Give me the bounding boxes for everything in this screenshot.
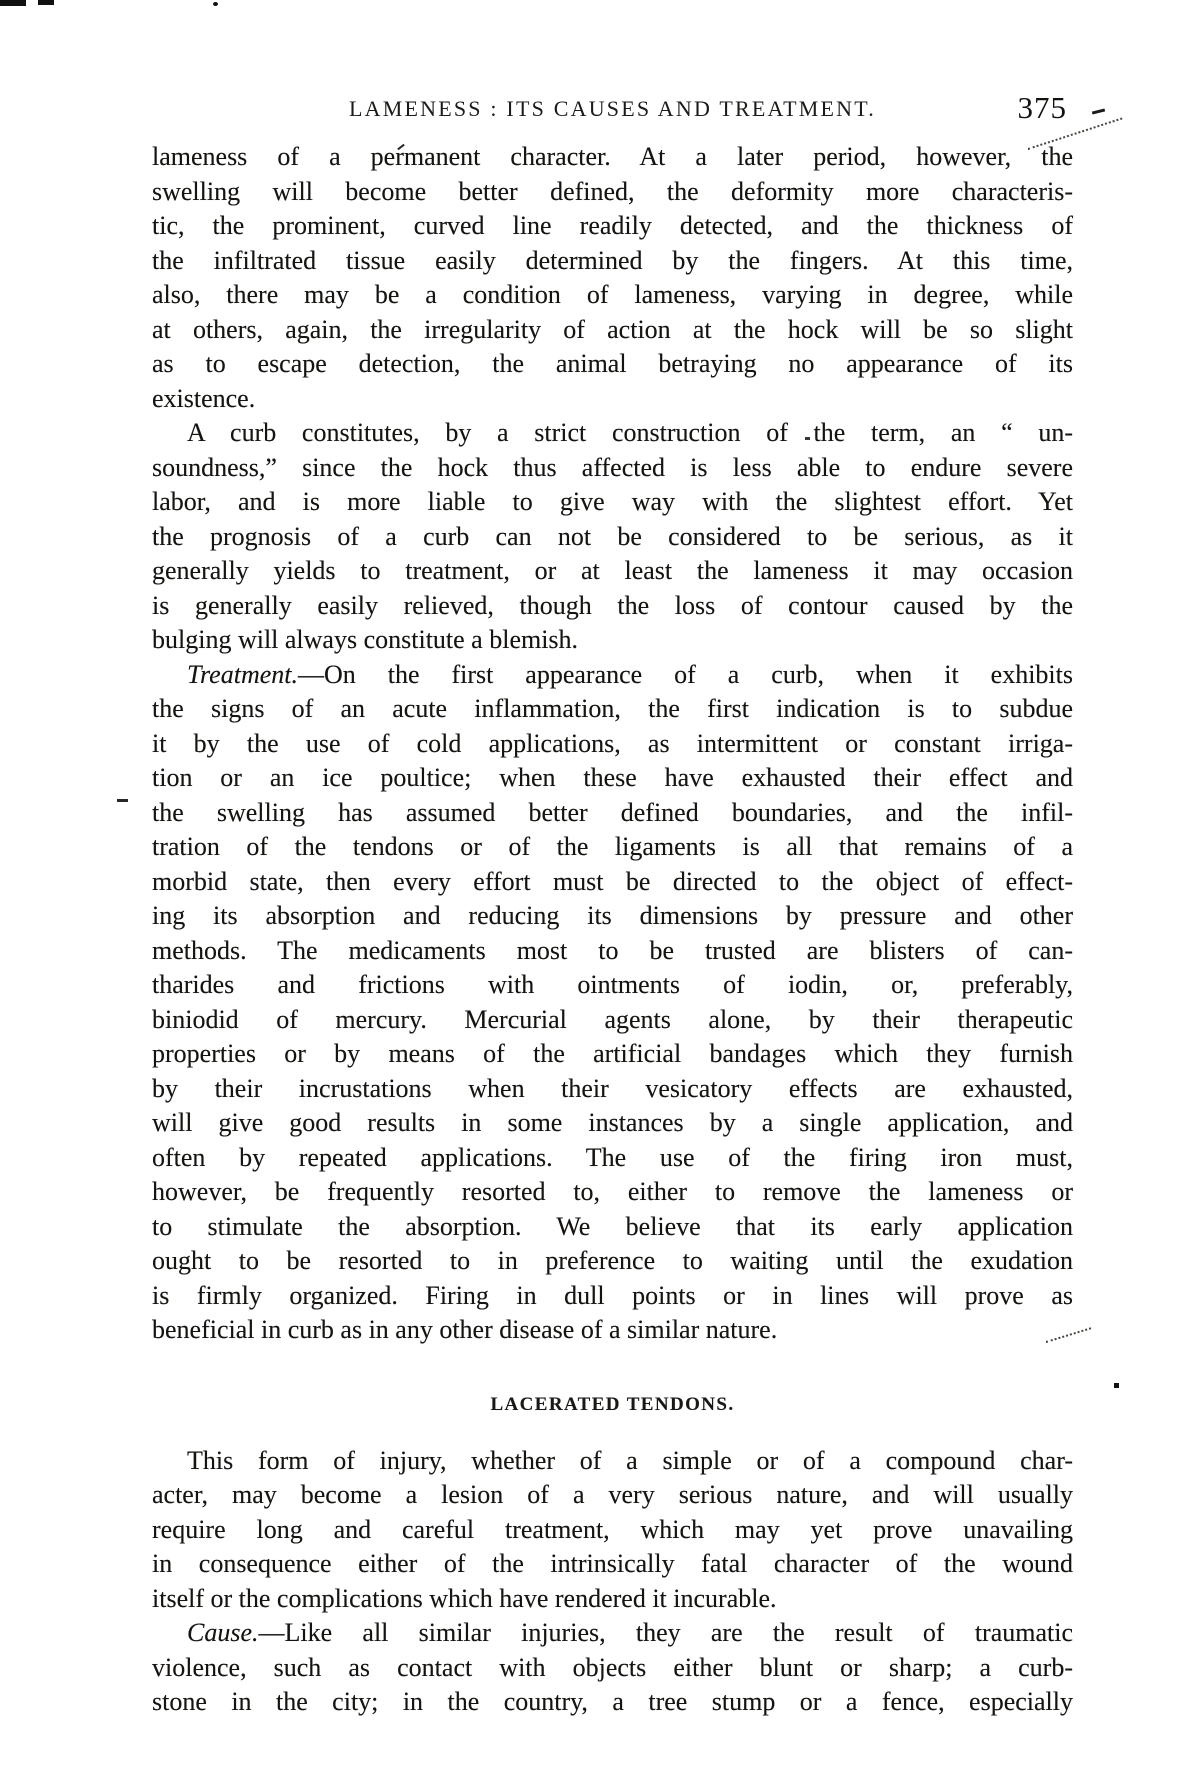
text-line: A curb constitutes, by a strict construc… [152,416,1073,451]
text-line: however, be frequently resorted to, eith… [152,1175,1073,1210]
scan-dot-mid-right [805,437,810,440]
text-line: This form of injury, whether of a simple… [152,1444,1073,1479]
text-line: the prognosis of a curb can not be consi… [152,520,1073,555]
text-line: tration of the tendons or of the ligamen… [152,830,1073,865]
text-line: beneficial in curb as in any other disea… [152,1313,1073,1348]
text-line: soundness,” since the hock thus affected… [152,451,1073,486]
text-line: also, there may be a condition of lamene… [152,278,1073,313]
text-line: bulging will always constitute a blemish… [152,623,1073,658]
book-page: LAMENESS : ITS CAUSES AND TREATMENT. 375… [0,0,1200,1770]
italic-lead-word: Treatment. [187,660,298,689]
text-line: at others, again, the irregularity of ac… [152,313,1073,348]
text-line: tic, the prominent, curved line readily … [152,209,1073,244]
text-line: ing its absorption and reducing its dime… [152,899,1073,934]
text-line: labor, and is more liable to give way wi… [152,485,1073,520]
text-line: in consequence either of the intrinsical… [152,1547,1073,1582]
text-line: often by repeated applications. The use … [152,1141,1073,1176]
scan-dash-left-margin [117,799,128,802]
text-line: properties or by means of the artificial… [152,1037,1073,1072]
text-line: stone in the city; in the country, a tre… [152,1685,1073,1720]
running-header-title: LAMENESS : ITS CAUSES AND TREATMENT. [152,96,1073,122]
text-line: ought to be resorted to in preference to… [152,1244,1073,1279]
text-line: generally yields to treatment, or at lea… [152,554,1073,589]
scan-dash-after-page-number [1092,108,1105,114]
text-line: as to escape detection, the animal betra… [152,347,1073,382]
text-line: swelling will become better defined, the… [152,175,1073,210]
text-line: violence, such as contact with objects e… [152,1651,1073,1686]
text-line: by their incrustations when their vesica… [152,1072,1073,1107]
text-line: existence. [152,382,1073,417]
scan-speck-top-left-2 [38,0,54,5]
text-line: the swelling has assumed better defined … [152,796,1073,831]
text-line: is firmly organized. Firing in dull poin… [152,1279,1073,1314]
text-line: acter, may become a lesion of a very ser… [152,1478,1073,1513]
italic-lead-word: Cause. [187,1618,259,1647]
text-line: lameness of a permanent character. At a … [152,140,1073,175]
section-heading: LACERATED TENDONS. [152,1390,1073,1420]
text-line: biniodid of mercury. Mercurial agents al… [152,1003,1073,1038]
page-number: 375 [1018,90,1068,126]
text-line: tion or an ice poultice; when these have… [152,761,1073,796]
text-line: morbid state, then every effort must be … [152,865,1073,900]
text-line: the infiltrated tissue easily determined… [152,244,1073,279]
scan-speck-top-3 [213,2,218,6]
text-line: to stimulate the absorption. We believe … [152,1210,1073,1245]
scan-speck-top-left-1 [0,0,26,6]
text-line: the signs of an acute inflammation, the … [152,692,1073,727]
text-line: require long and careful treatment, whic… [152,1513,1073,1548]
text-line: it by the use of cold applications, as i… [152,727,1073,762]
text-column: lameness of a permanent character. At a … [152,140,1073,1720]
text-line: methods. The medicaments most to be trus… [152,934,1073,969]
running-header: LAMENESS : ITS CAUSES AND TREATMENT. 375 [152,96,1073,130]
text-line: is generally easily relieved, though the… [152,589,1073,624]
text-line: will give good results in some instances… [152,1106,1073,1141]
text-line: Cause.—Like all similar injuries, they a… [152,1616,1073,1651]
text-line: tharides and frictions with ointments of… [152,968,1073,1003]
text-line: Treatment.—On the first appearance of a … [152,658,1073,693]
text-line: itself or the complications which have r… [152,1582,1073,1617]
scan-dot-bottom-right [1114,1383,1119,1388]
